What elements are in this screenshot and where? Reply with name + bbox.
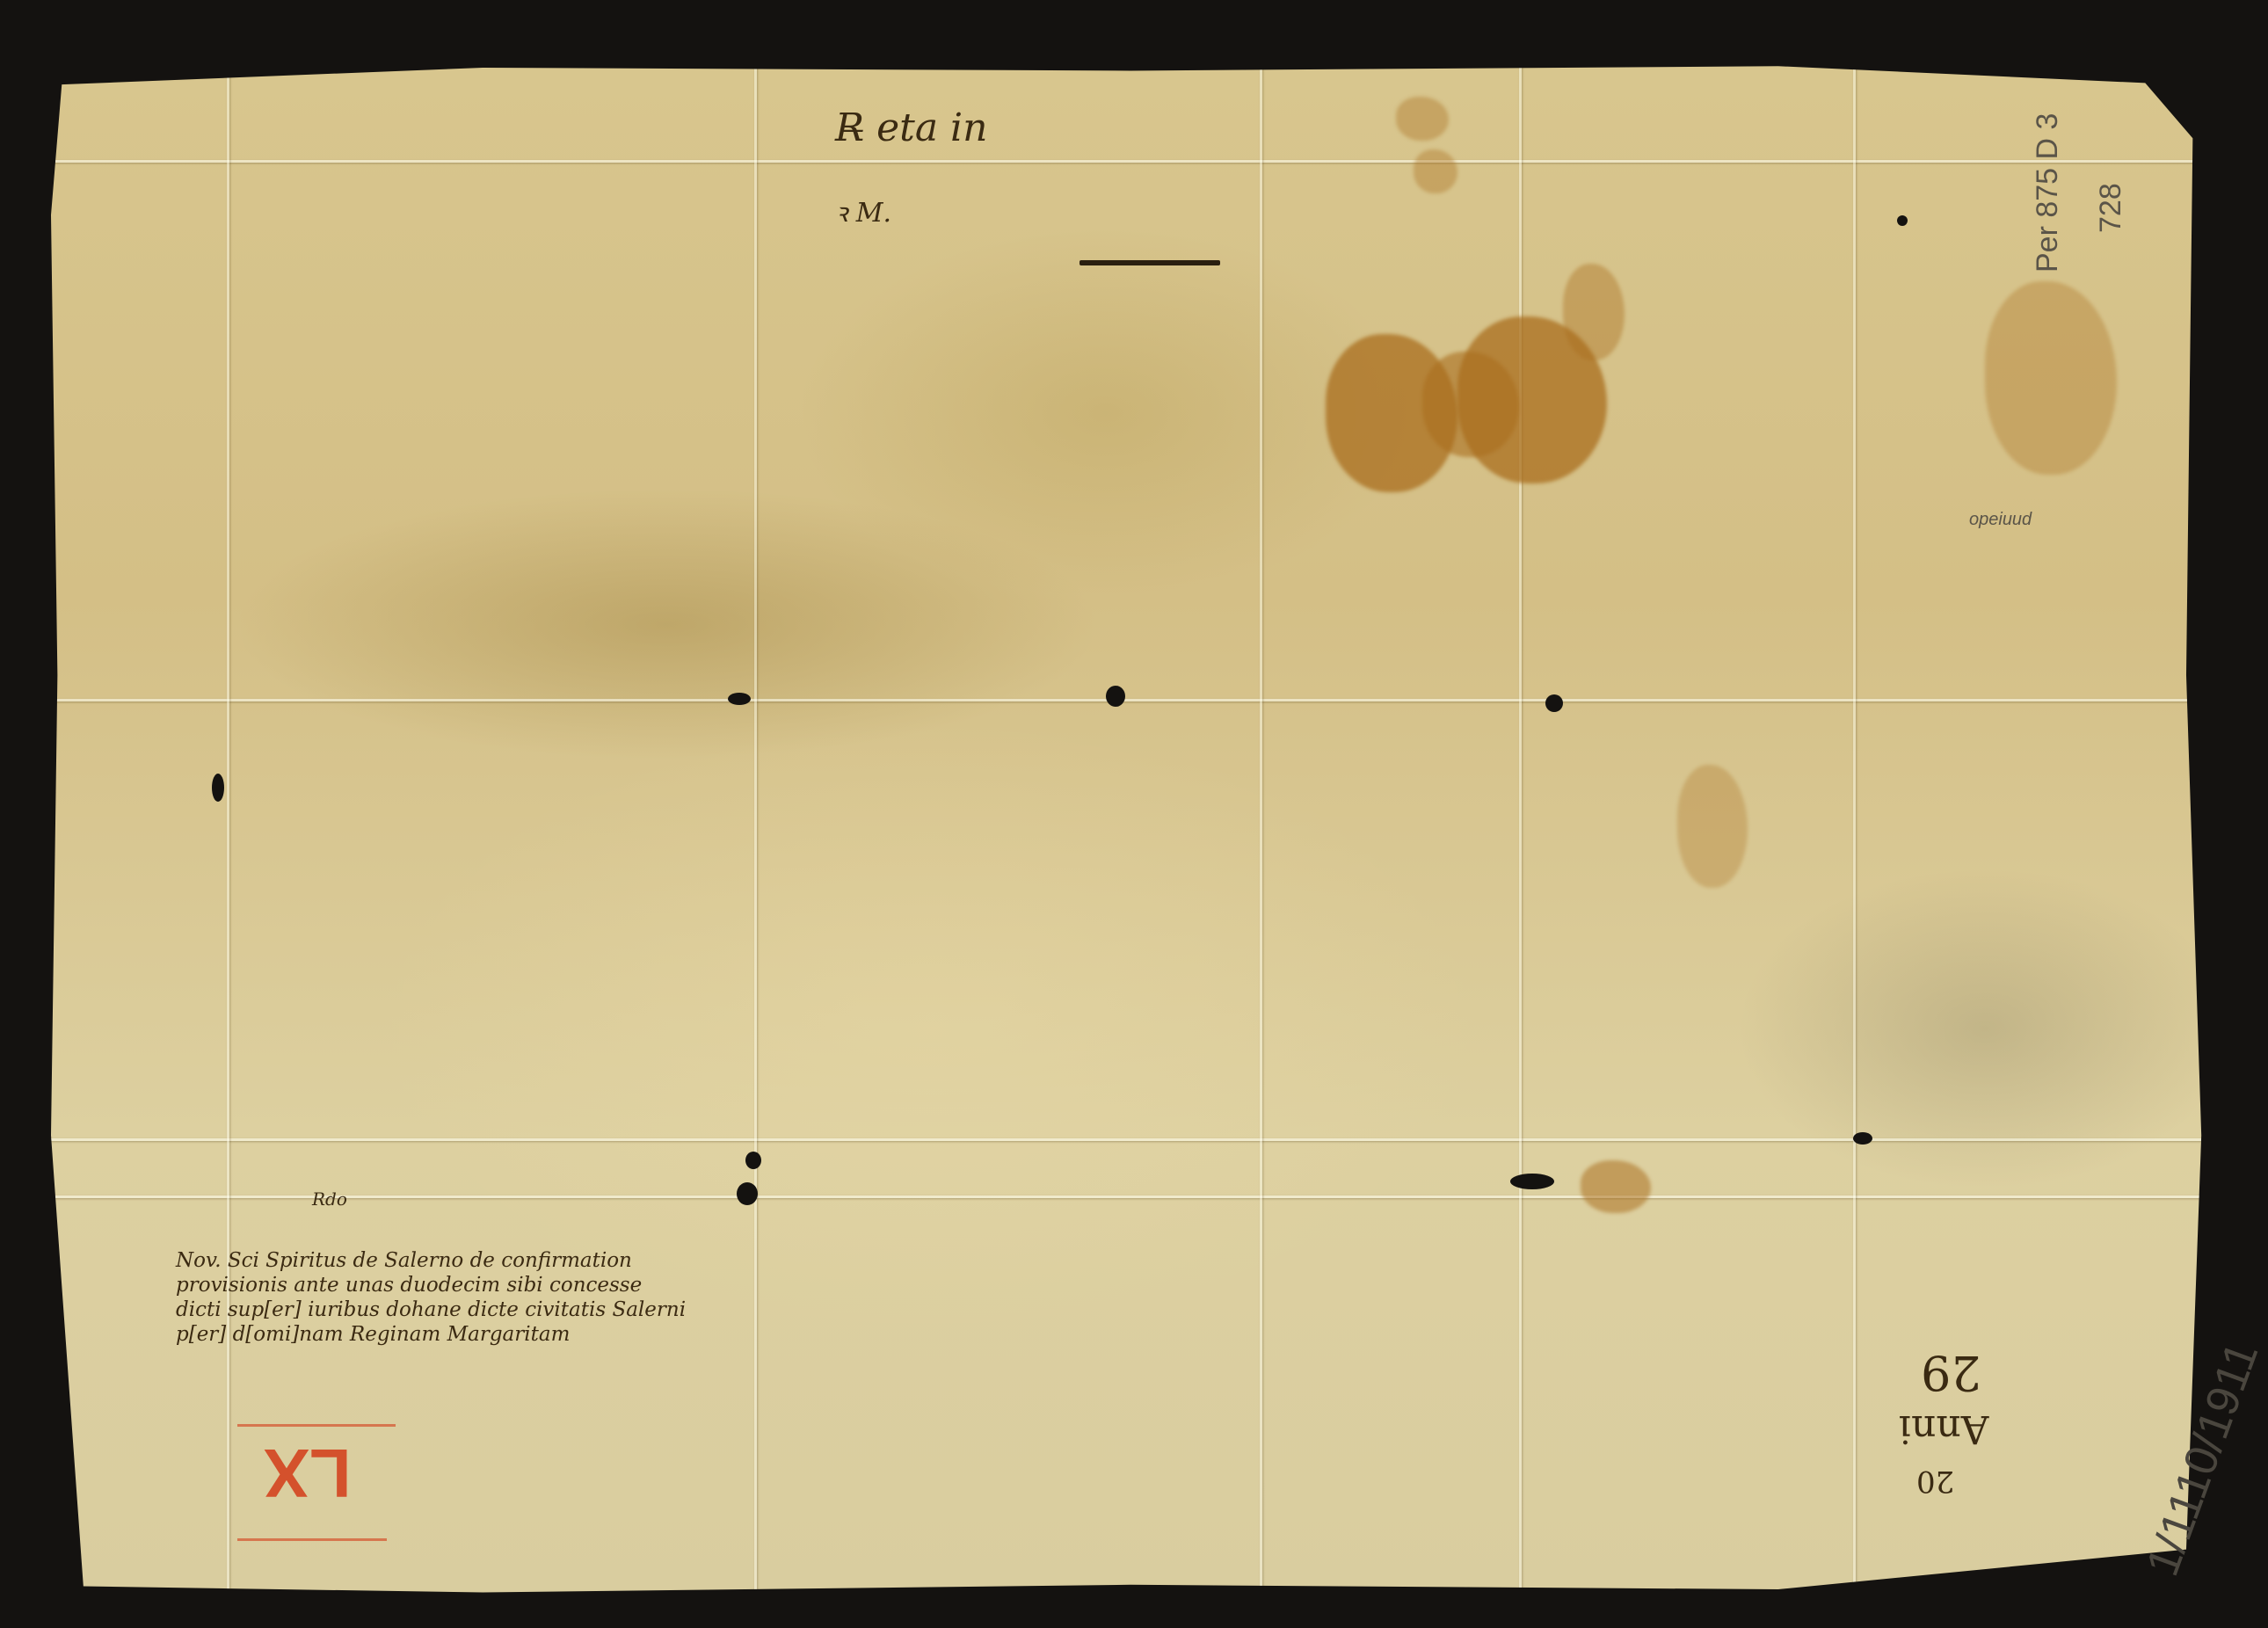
hole [737, 1182, 758, 1205]
fold-line [227, 62, 229, 1595]
shelfmark-line-1: Per 875 D 3 [2031, 113, 2065, 273]
endorsement-line: provisionis ante unas duodecim sibi conc… [176, 1273, 686, 1297]
hole [1545, 694, 1563, 712]
hole [728, 693, 751, 705]
lower-right-small: 20 [1916, 1464, 1954, 1499]
monogram-line-2: ꝛ M. [835, 193, 891, 229]
fold-line [1853, 62, 1856, 1595]
water-stain [1581, 1160, 1651, 1213]
ink-rule [1079, 260, 1220, 265]
hole [1853, 1132, 1872, 1145]
hole [745, 1152, 761, 1169]
endorsement-text: Nov. Sci Spiritus de Salerno de confirma… [176, 1248, 686, 1347]
red-crayon-mark: LX [264, 1433, 352, 1513]
endorsement-line: dicti sup[er] iuribus dohane dicte civit… [176, 1297, 686, 1322]
lower-right-number: 29 [1921, 1345, 1981, 1400]
fold-line [51, 1138, 2210, 1141]
fold-line [51, 699, 2210, 701]
water-stain [1396, 97, 1449, 141]
hole [1897, 215, 1908, 226]
parchment-sheet [51, 62, 2210, 1595]
fold-line [1519, 62, 1522, 1595]
endorsement-line: p[er] d[omi]nam Reginam Margaritam [176, 1322, 686, 1347]
red-underline [237, 1424, 396, 1427]
monogram-line-1: R̶ eta in [835, 105, 987, 150]
endorsement-line: Nov. Sci Spiritus de Salerno de confirma… [176, 1248, 686, 1273]
fold-line [1260, 62, 1262, 1595]
lower-right-word: Anni [1899, 1406, 1989, 1451]
water-stain [1677, 765, 1748, 888]
hole [1106, 686, 1125, 707]
hole [212, 774, 224, 802]
fold-line [754, 62, 757, 1595]
hole [1510, 1174, 1554, 1189]
water-stain [1563, 264, 1625, 360]
registry-mark: Rdo [312, 1188, 347, 1210]
red-underline [237, 1538, 387, 1541]
water-stain [1414, 149, 1457, 193]
shelfmark-line-2: 728 [2094, 183, 2128, 233]
water-stain [1985, 281, 2117, 475]
fold-line [51, 1196, 2210, 1198]
fold-line [51, 160, 2210, 163]
sketch-label: opeiuud [1969, 510, 2032, 530]
